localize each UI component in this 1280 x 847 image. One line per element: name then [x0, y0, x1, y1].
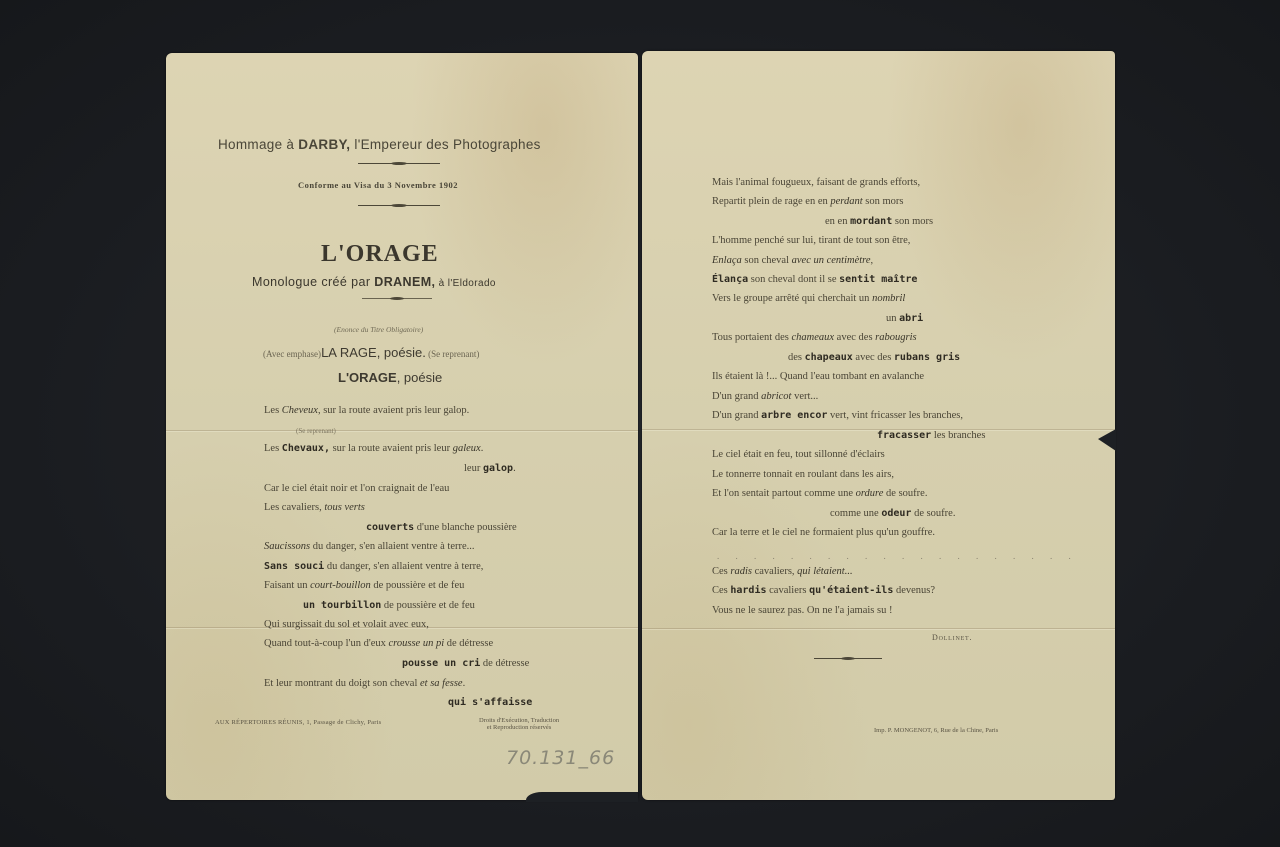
poem-line: Vous ne le saurez pas. On ne l'a jamais …: [712, 605, 892, 616]
hommage-line: Hommage à DARBY, l'Empereur des Photogra…: [218, 137, 541, 152]
poem-line: Et leur montrant du doigt son cheval et …: [264, 678, 465, 689]
ellipsis-separator: . . . . . . . . . . . . . . . . . . . .: [717, 551, 1078, 561]
poem-line: Ces hardis cavaliers qu'étaient-ils deve…: [712, 585, 935, 596]
ornament-rule: [814, 658, 882, 659]
visa-line: Conforme au Visa du 3 Novembre 1902: [298, 180, 458, 190]
fold-crease: [166, 430, 638, 431]
poem-line: comme une odeur de soufre.: [830, 508, 955, 519]
poem-line: Tous portaient des chameaux avec des rab…: [712, 332, 917, 343]
emphase-line: (Avec emphase)LA RAGE, poésie. (Se repre…: [263, 345, 479, 360]
subtitle: Monologue créé par DRANEM, à l'Eldorado: [252, 275, 496, 289]
document-title: L'ORAGE: [321, 241, 439, 268]
torn-edge: [526, 792, 638, 802]
poem-line: qui s'affaisse: [448, 697, 532, 708]
poem-line: Le tonnerre tonnait en roulant dans les …: [712, 469, 894, 480]
torn-notch: [1098, 429, 1116, 451]
poem-line: Quand tout-à-coup l'un d'eux crousse un …: [264, 638, 493, 649]
underline-rule: [362, 298, 432, 299]
poem-line: Vers le groupe arrêté qui cherchait un n…: [712, 293, 905, 304]
author-signature: Dollinet.: [932, 633, 972, 642]
poem-line: Ces radis cavaliers, qui létaient...: [712, 566, 853, 577]
handwritten-inventory-number: 70.131_66: [506, 747, 615, 769]
poem-line: fracasser les branches: [877, 430, 985, 441]
poem-line: des chapeaux avec des rubans gris: [788, 352, 960, 363]
publisher-footer: AUX RÉPERTOIRES RÉUNIS, 1, Passage de Cl…: [215, 719, 381, 726]
poem-line: Car le ciel était noir et l'on craignait…: [264, 483, 449, 494]
poem-line: un abri: [886, 313, 923, 324]
poem-line: Et l'on sentait partout comme une ordure…: [712, 488, 927, 499]
poem-line: leur galop.: [464, 463, 516, 474]
poem-line: (Se reprenant): [296, 425, 336, 436]
poem-line: un tourbillon de poussière et de feu: [303, 600, 475, 611]
poem-line: Le ciel était en feu, tout sillonné d'éc…: [712, 449, 885, 460]
left-page: Hommage à DARBY, l'Empereur des Photogra…: [166, 53, 638, 800]
poem-line: Sans souci du danger, s'en allaient vent…: [264, 561, 483, 572]
poem-line: Élança son cheval dont il se sentit maît…: [712, 274, 917, 285]
poem-line: Faisant un court-bouillon de poussière e…: [264, 580, 464, 591]
poem-line: Saucissons du danger, s'en allaient vent…: [264, 541, 475, 552]
enonce-note: (Enonce du Titre Obligatoire): [334, 325, 423, 334]
fold-crease: [642, 628, 1115, 629]
poem-line: Car la terre et le ciel ne formaient plu…: [712, 527, 935, 538]
ornament-rule: [358, 163, 440, 164]
rights-footer: Droits d'Exécution, Traductionet Reprodu…: [479, 717, 559, 731]
poem-line: Enlaça son cheval avec un centimètre,: [712, 255, 873, 266]
poem-line: D'un grand abricot vert...: [712, 391, 818, 402]
poem-line: L'homme penché sur lui, tirant de tout s…: [712, 235, 910, 246]
poem-line: Repartit plein de rage en en perdant son…: [712, 196, 904, 207]
poem-line: Les Cheveux, sur la route avaient pris l…: [264, 405, 469, 416]
poem-line: Les cavaliers, tous verts: [264, 502, 365, 513]
poem-line: en en mordant son mors: [825, 216, 933, 227]
correction-line: L'ORAGE, poésie: [338, 370, 442, 385]
printer-footer: Imp. P. MONGENOT, 6, Rue de la Chine, Pa…: [874, 727, 998, 734]
poem-line: Les Chevaux, sur la route avaient pris l…: [264, 443, 483, 454]
ornament-rule: [358, 205, 440, 206]
poem-line: Qui surgissait du sol et volait avec eux…: [264, 619, 429, 630]
right-page: Mais l'animal fougueux, faisant de grand…: [642, 51, 1115, 800]
poem-line: D'un grand arbre encor vert, vint fricas…: [712, 410, 963, 421]
poem-line: pousse un cri de détresse: [402, 658, 529, 669]
poem-line: couverts d'une blanche poussière: [366, 522, 517, 533]
poem-line: Ils étaient là !... Quand l'eau tombant …: [712, 371, 924, 382]
poem-line: Mais l'animal fougueux, faisant de grand…: [712, 177, 920, 188]
